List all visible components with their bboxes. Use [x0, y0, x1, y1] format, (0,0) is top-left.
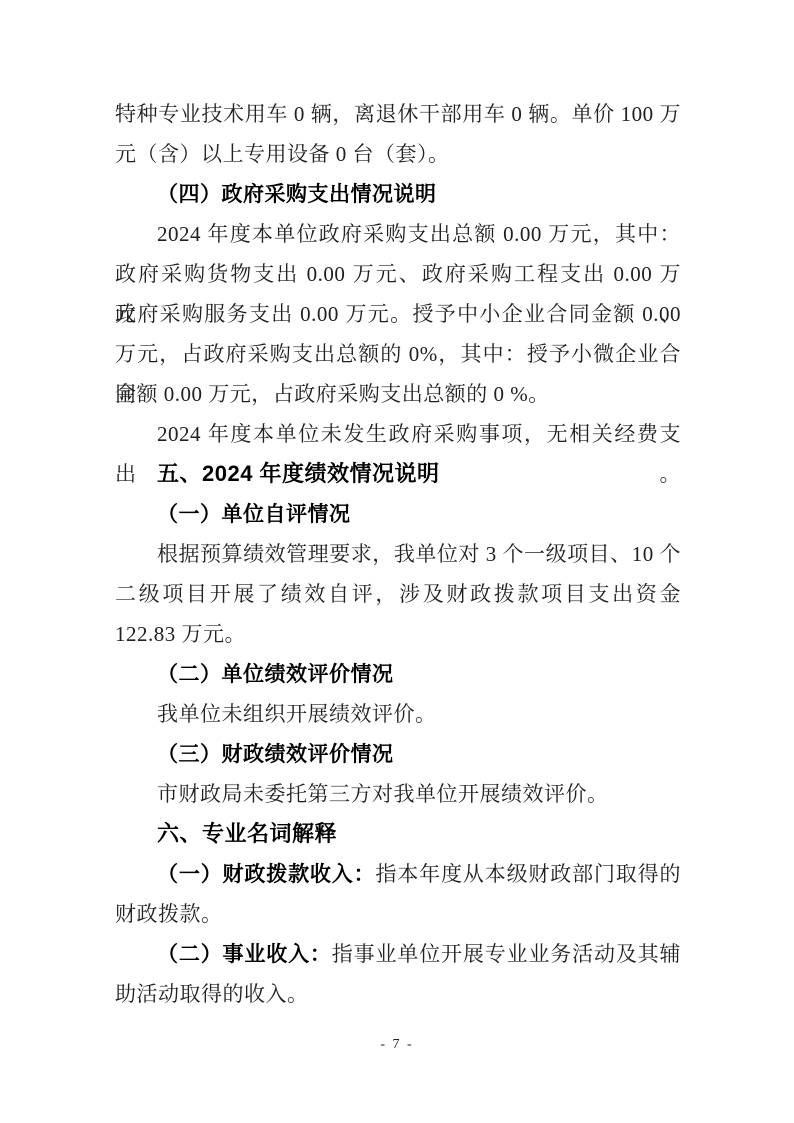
text-line: 万元，占政府采购支出总额的 0%，其中：授予小微企业合同: [115, 334, 681, 374]
sub-heading: （一）单位自评情况: [115, 494, 681, 534]
sub-heading: （二）单位绩效评价情况: [115, 654, 681, 694]
text-line: 财政拨款。: [115, 894, 681, 934]
text-line: （一）财政拨款收入：指本年度从本级财政部门取得的: [115, 854, 681, 894]
text-line: 122.83 万元。: [115, 614, 681, 654]
text-line: 2024 年度本单位未发生政府采购事项，无相关经费支出。: [115, 414, 681, 454]
term-label: （一）财政拨款收入：: [157, 862, 375, 886]
text-line: （二）事业收入：指事业单位开展专业业务活动及其辅: [115, 934, 681, 974]
text-line: 我单位未组织开展绩效评价。: [115, 694, 681, 734]
text-line: 政府采购货物支出 0.00 万元、政府采购工程支出 0.00 万元、: [115, 254, 681, 294]
text-line: 市财政局未委托第三方对我单位开展绩效评价。: [115, 774, 681, 814]
text-line: 元（含）以上专用设备 0 台（套）。: [115, 134, 681, 174]
text-line: 2024 年度本单位政府采购支出总额 0.00 万元，其中：: [115, 214, 681, 254]
section-heading: 六、专业名词解释: [115, 814, 681, 854]
page-number: - 7 -: [0, 1030, 794, 1060]
document-page: 特种专业技术用车 0 辆，离退休干部用车 0 辆。单价 100 万元（含）以上专…: [0, 0, 794, 1123]
page-number-label: - 7 -: [380, 1037, 413, 1052]
text-line: 二级项目开展了绩效自评，涉及财政拨款项目支出资金: [115, 574, 681, 614]
sub-heading: （四）政府采购支出情况说明: [115, 174, 681, 214]
term-label: （二）事业收入：: [157, 942, 332, 966]
text-line: 政府采购服务支出 0.00 万元。授予中小企业合同金额 0.00: [115, 294, 681, 334]
text-line: 根据预算绩效管理要求，我单位对 3 个一级项目、10 个: [115, 534, 681, 574]
document-body: 特种专业技术用车 0 辆，离退休干部用车 0 辆。单价 100 万元（含）以上专…: [115, 94, 681, 1014]
text-line: 金额 0.00 万元，占政府采购支出总额的 0 %。: [115, 374, 681, 414]
sub-heading: （三）财政绩效评价情况: [115, 734, 681, 774]
text-line: 助活动取得的收入。: [115, 974, 681, 1014]
text-line: 特种专业技术用车 0 辆，离退休干部用车 0 辆。单价 100 万: [115, 94, 681, 134]
